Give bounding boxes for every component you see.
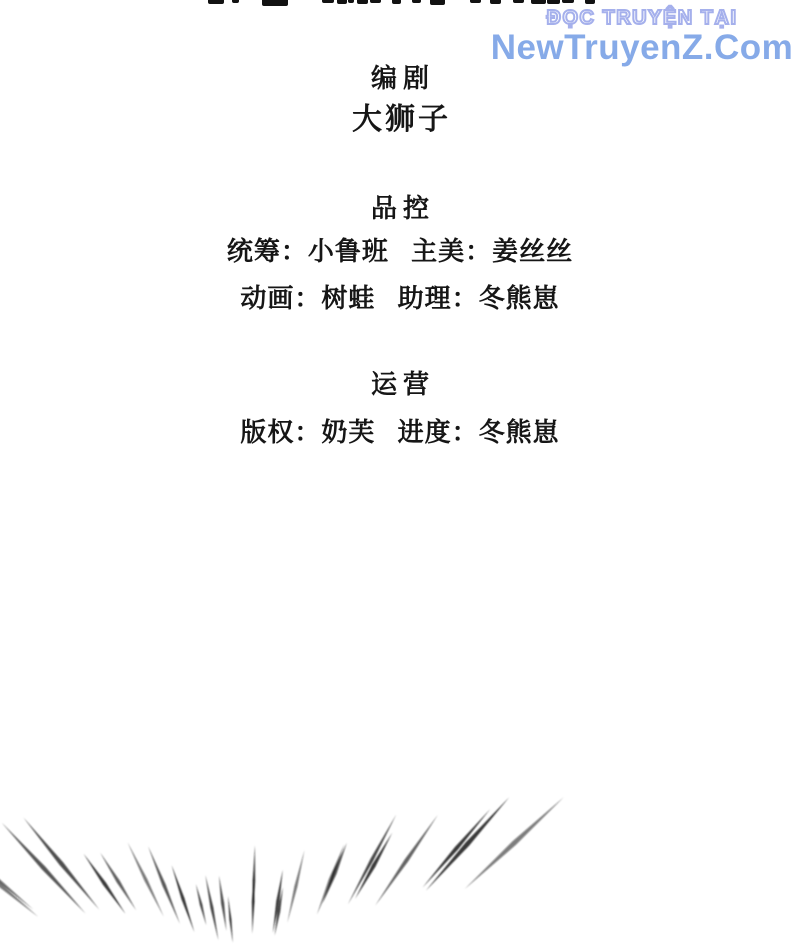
speed-line (205, 875, 218, 940)
watermark-tagline: ĐỌC TRUYỆN TẠI (490, 8, 794, 29)
text-fragment (513, 0, 524, 3)
text-fragment (322, 0, 334, 3)
section-heading-quality-control: 品控 (0, 195, 800, 221)
text-fragment (430, 0, 445, 5)
speed-line (465, 797, 564, 889)
text-fragment (470, 0, 481, 3)
text-fragment (585, 0, 595, 4)
credit-line-animation-assistant: 动画：树蛙 助理：冬熊崽 (0, 284, 800, 314)
text-fragment (208, 0, 224, 4)
text-fragment (348, 0, 354, 3)
speed-line (196, 884, 206, 925)
speed-line (0, 836, 38, 917)
comic-credits-page: ĐỌC TRUYỆN TẠI NewTruyenZ.Com 编剧 大狮子 品控 … (0, 0, 800, 950)
speed-line (2, 823, 86, 914)
credit-line-copyright-schedule: 版权：奶芙 进度：冬熊崽 (0, 418, 800, 448)
text-fragment (357, 0, 368, 4)
text-fragment (531, 0, 546, 4)
speed-line (219, 876, 226, 931)
text-fragment (412, 0, 421, 3)
section-heading-screenwriter: 编剧 (0, 65, 800, 91)
speed-line (0, 815, 33, 909)
watermark-site-name: NewTruyenZ.Com (490, 30, 794, 67)
speed-lines-burst (0, 750, 800, 950)
speed-line (423, 809, 491, 888)
credit-line-screenwriter-name: 大狮子 (0, 103, 800, 138)
speed-line (228, 896, 233, 943)
speed-line (426, 797, 509, 891)
text-fragment (262, 0, 288, 6)
site-watermark: ĐỌC TRUYỆN TẠI NewTruyenZ.Com (490, 8, 794, 67)
text-fragment (547, 0, 560, 4)
text-fragment (392, 0, 401, 4)
speed-line (100, 853, 136, 911)
text-fragment (232, 0, 239, 3)
speed-line (348, 815, 396, 905)
speed-line (172, 865, 195, 932)
text-fragment (562, 0, 574, 3)
text-fragment (490, 0, 501, 4)
section-heading-operations: 运营 (0, 371, 800, 397)
speed-line (323, 843, 347, 904)
text-fragment (370, 0, 381, 3)
text-fragment (337, 0, 347, 4)
speed-line (23, 818, 99, 910)
speed-line (375, 815, 438, 906)
speed-line (287, 850, 304, 923)
speed-line (148, 846, 180, 924)
credit-line-coordinator-artdirector: 统筹：小鲁班 主美：姜丝丝 (0, 237, 800, 267)
